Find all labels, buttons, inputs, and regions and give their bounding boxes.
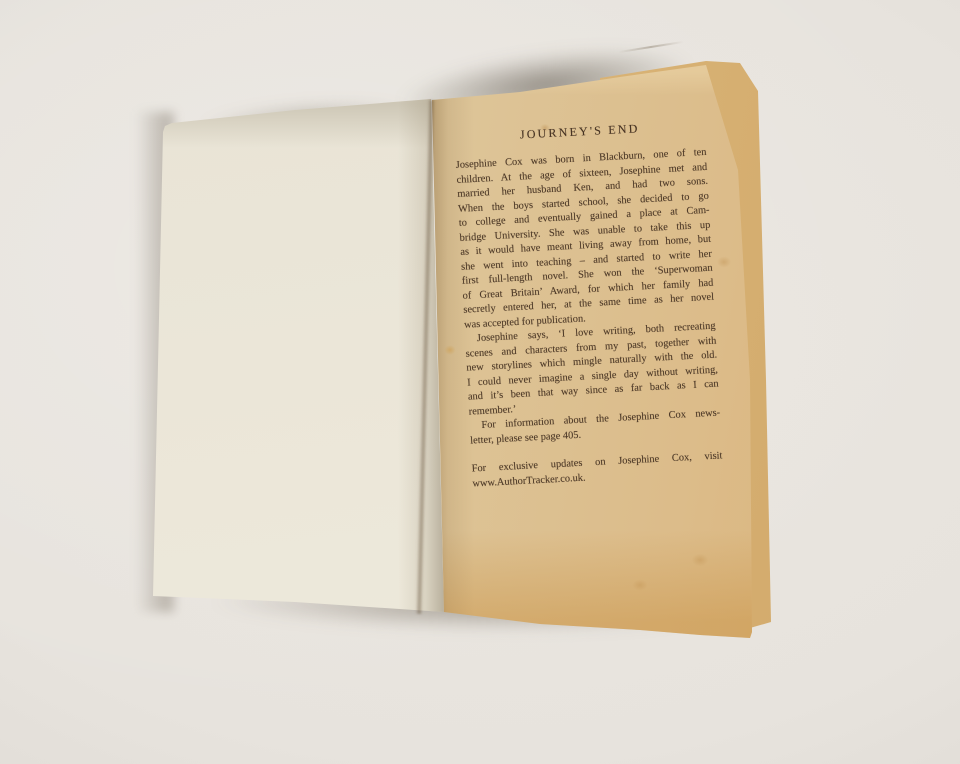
- body-paragraph: Josephine Cox was born in Blackburn, one…: [455, 146, 715, 333]
- body-paragraph: Josephine says, ‘I love writing, both re…: [465, 320, 720, 420]
- page-text: JOURNEY'S END Josephine Cox was born in …: [454, 118, 724, 492]
- book-photo: JOURNEY'S END Josephine Cox was born in …: [0, 0, 960, 764]
- page-body: Josephine Cox was born in Blackburn, one…: [455, 146, 723, 492]
